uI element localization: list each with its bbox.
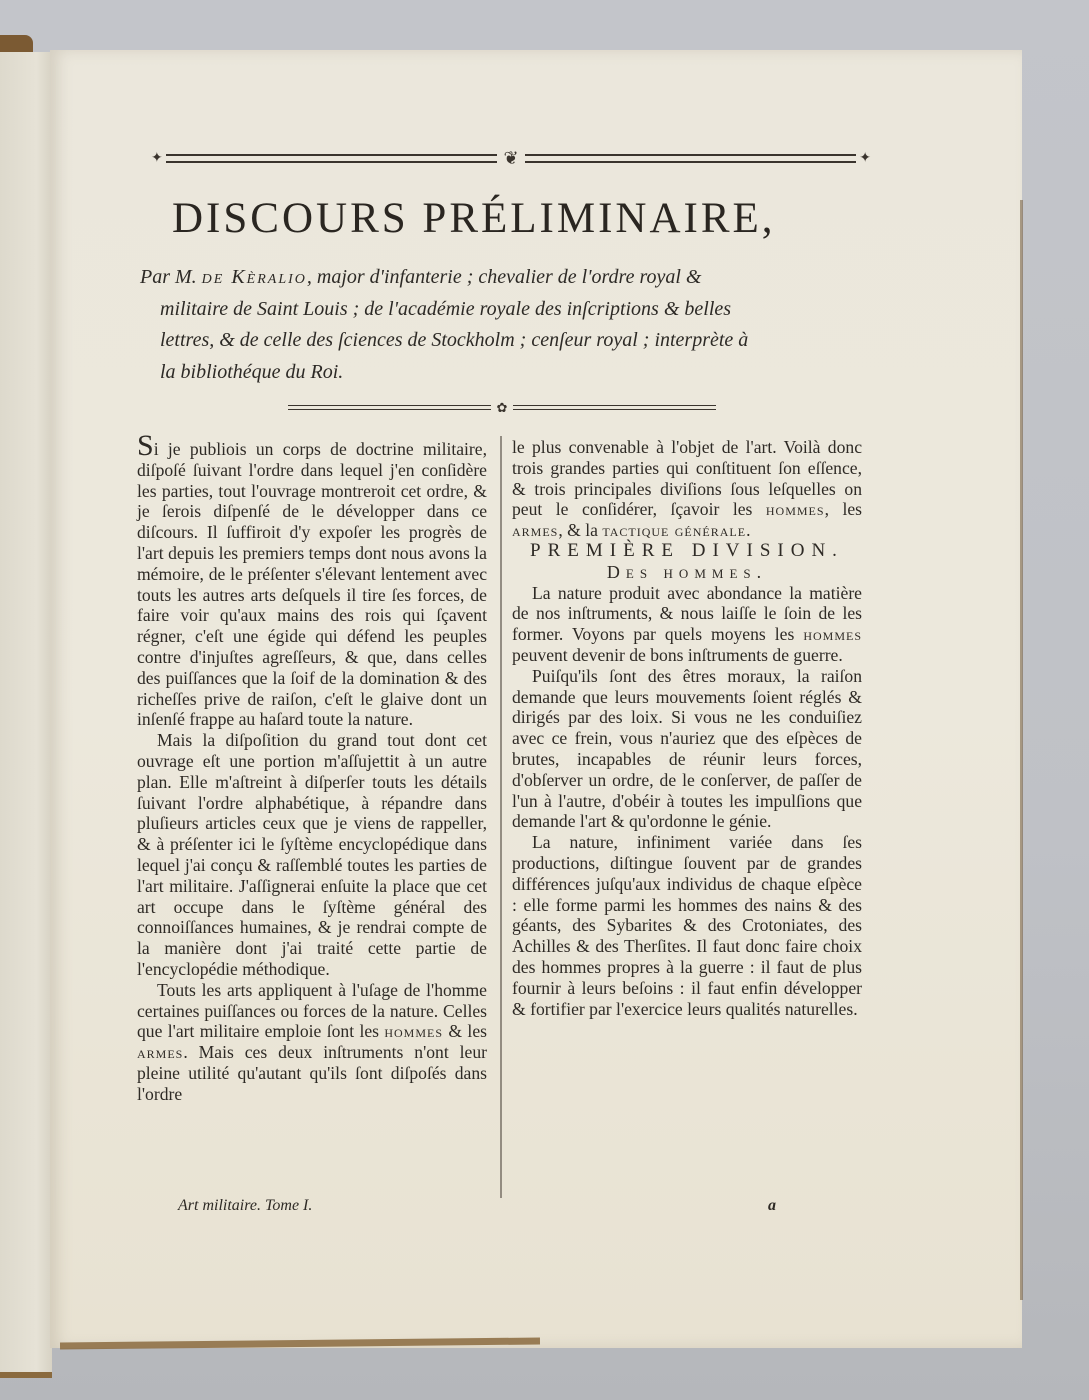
left-column: Si je publiois un corps de doctrine mili… bbox=[137, 437, 487, 1105]
paragraph: le plus convenable à l'objet de l'art. V… bbox=[512, 437, 862, 541]
emphasis-tactique: tactique générale bbox=[602, 520, 746, 540]
division-heading: PREMIÈRE DIVISION. bbox=[512, 541, 862, 562]
page-title: DISCOURS PRÉLIMINAIRE, bbox=[172, 194, 852, 243]
emphasis-hommes: hommes bbox=[766, 499, 825, 519]
paragraph: La nature, infiniment variée dans ſes pr… bbox=[512, 832, 862, 1019]
paragraph: Touts les arts appliquent à l'uſage de l… bbox=[137, 980, 487, 1105]
facing-page-edge bbox=[0, 52, 52, 1378]
paragraph-text: peuvent devenir de bons inſtruments de g… bbox=[512, 645, 843, 665]
paragraph: Puiſqu'ils ſont des êtres moraux, la rai… bbox=[512, 666, 862, 832]
paragraph-text: i je publiois un corps de doctrine milit… bbox=[137, 439, 487, 729]
byline-prefix: Par M. bbox=[140, 266, 197, 288]
byline-line-1-rest: , major d'infanterie ; chevalier de l'or… bbox=[307, 266, 702, 288]
header-ornament-rule: ✦ ❦ ✦ bbox=[148, 148, 874, 168]
right-column: le plus convenable à l'objet de l'art. V… bbox=[512, 437, 862, 1019]
paragraph-text: . bbox=[746, 520, 750, 540]
fleuron-icon: ❦ bbox=[497, 149, 524, 167]
ornament-end-icon: ✦ bbox=[856, 150, 874, 167]
section-ornament-rule: ✿ bbox=[288, 400, 716, 414]
emphasis-hommes: hommes bbox=[384, 1021, 443, 1041]
page-right-edge bbox=[1020, 200, 1023, 1300]
section-subheading: Des hommes. bbox=[512, 562, 862, 583]
paragraph: La nature produit avec abondance la mati… bbox=[512, 583, 862, 666]
byline-line-3: lettres, & de celle des ſciences de Stoc… bbox=[140, 325, 870, 357]
ornament-line bbox=[166, 154, 498, 163]
emphasis-hommes: hommes bbox=[803, 624, 862, 644]
paragraph-text: , & la bbox=[558, 520, 598, 540]
emphasis-armes: armes bbox=[137, 1042, 183, 1062]
signature-mark: a bbox=[768, 1197, 776, 1215]
paragraph: Si je publiois un corps de doctrine mili… bbox=[137, 437, 487, 730]
ornament-line bbox=[525, 154, 857, 163]
byline-line-4: la bibliothéque du Roi. bbox=[140, 357, 870, 389]
volume-footer: Art militaire. Tome I. bbox=[178, 1197, 312, 1215]
byline-line-2: militaire de Saint Louis ; de l'académie… bbox=[140, 294, 870, 326]
ornament-line bbox=[513, 405, 716, 410]
book-spine bbox=[0, 35, 33, 53]
paragraph: Mais la diſpoſition du grand tout dont c… bbox=[137, 730, 487, 980]
byline-line-1: Par M. de Kèralio, major d'infanterie ; … bbox=[140, 262, 870, 294]
column-divider bbox=[500, 436, 502, 1198]
paragraph-text: . Mais ces deux inſtruments n'ont leur p… bbox=[137, 1042, 487, 1104]
author-byline: Par M. de Kèralio, major d'infanterie ; … bbox=[140, 262, 870, 388]
paragraph-text: , les bbox=[825, 499, 862, 519]
author-name: de Kèralio bbox=[202, 266, 307, 288]
emphasis-armes: armes bbox=[512, 520, 558, 540]
drop-cap: S bbox=[137, 429, 154, 462]
flower-ornament-icon: ✿ bbox=[491, 401, 514, 414]
paragraph-text: & les bbox=[448, 1021, 487, 1041]
ornament-end-icon: ✦ bbox=[148, 150, 166, 167]
ornament-line bbox=[288, 405, 491, 410]
